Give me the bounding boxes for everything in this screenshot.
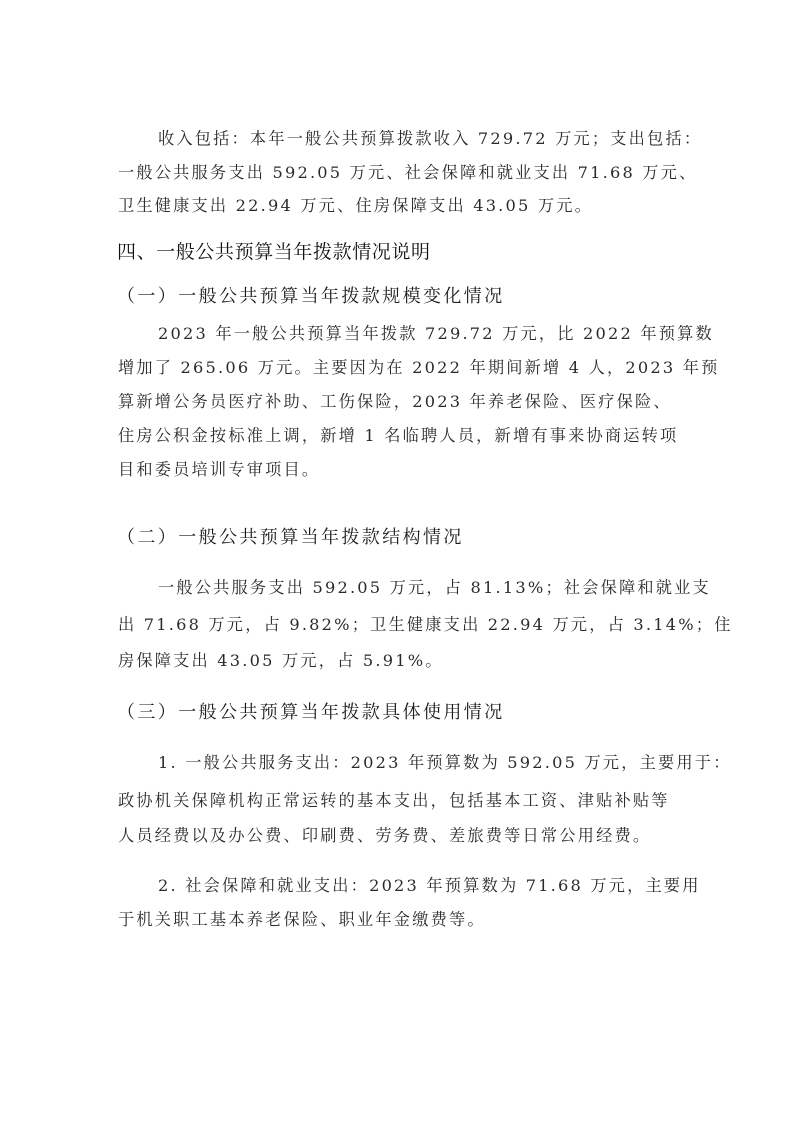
text-line: 算新增公务员医疗补助、工伤保险，2023 年养老保险、医疗保险、 (118, 392, 672, 412)
text-line: 一般公共服务支出 592.05 万元，占 81.13%；社会保障和就业支 (158, 578, 711, 598)
text-line: 人员经费以及办公费、印刷费、劳务费、差旅费等日常公用经费。 (118, 826, 651, 846)
text-line: 住房公积金按标准上调，新增 1 名临聘人员，新增有事来协商运转项 (118, 426, 678, 446)
document-page: 收入包括：本年一般公共预算拨款收入 729.72 万元；支出包括： 一般公共服务… (0, 0, 793, 1122)
section-heading: 四、一般公共预算当年拨款情况说明 (117, 240, 431, 264)
text-line: 目和委员培训专审项目。 (118, 460, 320, 480)
text-line: 收入包括：本年一般公共预算拨款收入 729.72 万元；支出包括： (158, 129, 702, 149)
text-line: 政协机关保障机构正常运转的基本支出，包括基本工资、津贴补贴等 (118, 791, 670, 811)
text-line: 2023 年一般公共预算当年拨款 729.72 万元，比 2022 年预算数 (158, 324, 714, 344)
text-line: 于机关职工基本养老保险、职业年金缴费等。 (118, 910, 486, 930)
text-line: 2. 社会保障和就业支出：2023 年预算数为 71.68 万元，主要用 (158, 876, 701, 896)
text-line: 一般公共服务支出 592.05 万元、社会保障和就业支出 71.68 万元、 (118, 163, 697, 183)
text-line: 1. 一般公共服务支出：2023 年预算数为 592.05 万元，主要用于： (158, 753, 732, 773)
text-line: 卫生健康支出 22.94 万元、住房保障支出 43.05 万元。 (118, 196, 593, 216)
text-line: 出 71.68 万元，占 9.82%；卫生健康支出 22.94 万元，占 3.1… (118, 615, 733, 635)
text-line: 增加了 265.06 万元。主要因为在 2022 年期间新增 4 人，2023 … (118, 358, 720, 378)
subsection-heading-2: （二）一般公共预算当年拨款结构情况 (117, 527, 464, 549)
text-line: 房保障支出 43.05 万元，占 5.91%。 (118, 651, 444, 671)
subsection-heading-1: （一）一般公共预算当年拨款规模变化情况 (117, 286, 505, 308)
subsection-heading-3: （三）一般公共预算当年拨款具体使用情况 (117, 702, 505, 724)
